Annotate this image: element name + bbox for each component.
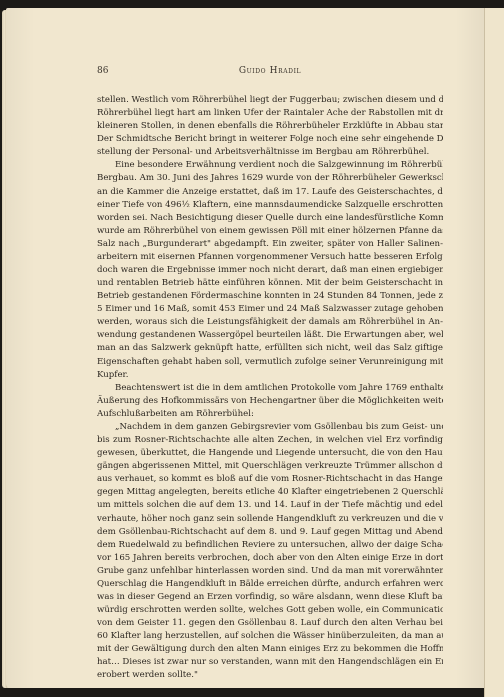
text-line: was in dieser Gegend an Erzen vorfindig,… [97, 591, 443, 604]
text-line: Äußerung des Hofkommissärs von Hechengar… [97, 395, 443, 408]
text-line: Beachtenswert ist die in dem amtlichen P… [97, 382, 443, 395]
text-line: wendung gestandenen Wassergöpel beurteil… [97, 329, 443, 342]
text-line: arbeitern mit eisernen Pfannen vorgenomm… [97, 251, 443, 264]
text-line: Bergbau. Am 30. Juni des Jahres 1629 wur… [97, 172, 443, 185]
text-line: bis zum Rosner-Richtschachte alle alten … [97, 434, 443, 447]
text-line: dem Ruedelwald zu befindlichen Reviere z… [97, 539, 443, 552]
text-line: 5 Eimer und 16 Maß, somit 453 Eimer und … [97, 303, 443, 316]
text-line: 60 Klafter lang herzustellen, auf solche… [97, 630, 443, 643]
facing-page-edge [484, 8, 504, 697]
text-line: gegen Mittag angelegten, bereits etliche… [97, 486, 443, 499]
text-line: „Nachdem in dem ganzen Gebirgsrevier vom… [97, 421, 443, 434]
text-line: vor 165 Jahren bereits verbrochen, doch … [97, 552, 443, 565]
text-line: man an das Salzwerk geknüpft hatte, erfü… [97, 342, 443, 355]
running-title: Guido Hradil [97, 66, 443, 76]
text-line: Betrieb gestandenen Fördermaschine konnt… [97, 290, 443, 303]
text-line: erobert werden sollte." [97, 669, 443, 682]
text-line: Kupfer. [97, 369, 443, 382]
text-line: gewesen, überkuttet, die Hangende und Li… [97, 447, 443, 460]
text-line: Der Schmidtsche Bericht bringt in weiter… [97, 133, 443, 146]
text-line: von dem Geister 11. gegen den Gsöllenbau… [97, 617, 443, 630]
text-line: einer Tiefe von 496½ Klaftern, eine mann… [97, 199, 443, 212]
page-header: 86 Guido Hradil [97, 66, 443, 80]
text-line: Röhrerbühel liegt hart am linken Ufer de… [97, 107, 443, 120]
text-line: dem Gsöllenbau-Richtschacht auf dem 8. u… [97, 526, 443, 539]
text-line: wurde am Röhrerbühel von einem gewissen … [97, 225, 443, 238]
text-line: um mittels solchen die auf dem 13. und 1… [97, 499, 443, 512]
text-line: Aufschlußarbeiten am Röhrerbühel: [97, 408, 443, 421]
text-line: Eigenschaften gehabt haben soll, vermutl… [97, 356, 443, 369]
text-line: an die Kammer die Anzeige erstattet, daß… [97, 186, 443, 199]
text-line: stellung der Personal- und Arbeitsverhäl… [97, 146, 443, 159]
text-line: Salz nach „Burgunderart" abgedampft. Ein… [97, 238, 443, 251]
text-line: werden, woraus sich die Leistungsfähigke… [97, 316, 443, 329]
text-line: kleineren Stollen, in denen ebenfalls di… [97, 120, 443, 133]
text-line: aus verhauet, so kommt es bloß auf die v… [97, 473, 443, 486]
text-line: stellen. Westlich vom Röhrerbühel liegt … [97, 94, 443, 107]
text-line: mit der Gewältigung durch den alten Mann… [97, 643, 443, 656]
text-line: würdig erschrotten werden sollte, welche… [97, 604, 443, 617]
text-line: verhaute, höher noch ganz sein sollende … [97, 513, 443, 526]
text-line: hat… Dieses ist zwar nur so verstanden, … [97, 656, 443, 669]
text-line: Querschlag die Hangendkluft in Bälde err… [97, 578, 443, 591]
text-line: Grube ganz unfehlbar hinterlassen worden… [97, 565, 443, 578]
text-line: gängen abgerissenen Mittel, mit Querschl… [97, 460, 443, 473]
text-line: doch waren die Ergebnisse immer noch nic… [97, 264, 443, 277]
text-line: und rentablen Betrieb hätte einführen kö… [97, 277, 443, 290]
text-line: Eine besondere Erwähnung verdient noch d… [97, 159, 443, 172]
text-line: worden sei. Nach Besichtigung dieser Que… [97, 212, 443, 225]
body-text: stellen. Westlich vom Röhrerbühel liegt … [97, 94, 443, 683]
